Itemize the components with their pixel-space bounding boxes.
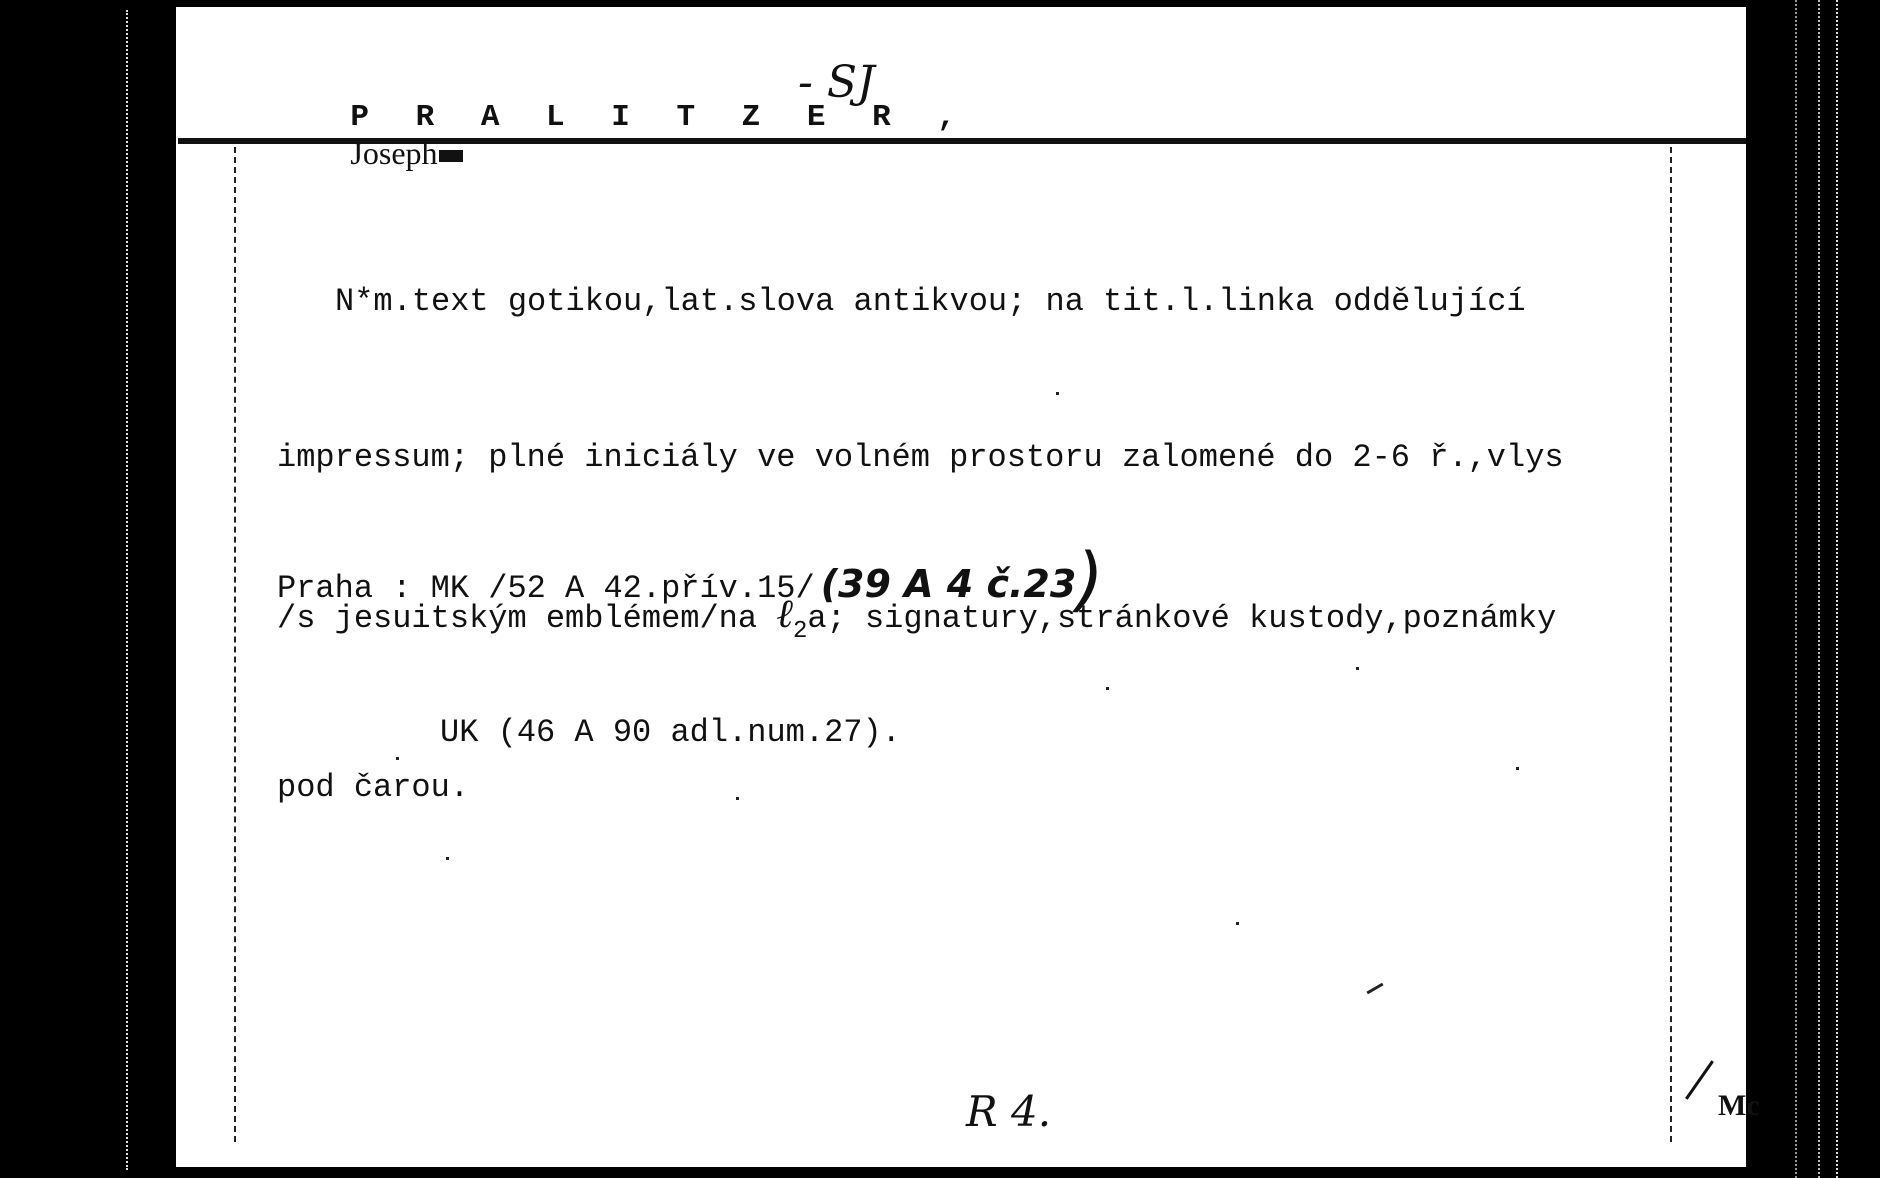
- holding-row-mk: Praha : MK /52 A 42.přív.15/(39 A 4 č.23…: [277, 549, 1104, 629]
- handwritten-footer-mark: R 4.: [966, 1087, 1051, 1136]
- scan-speck: [1366, 983, 1383, 995]
- handwritten-order-suffix: - SJ: [798, 57, 875, 108]
- holdings-city-label: Praha :: [277, 570, 411, 607]
- scan-speck: [736, 797, 739, 800]
- catalog-card: P R A L I T Z E R , Joseph - SJ N*m.text…: [176, 7, 1746, 1167]
- scan-artifact-line-right-1: [1795, 0, 1797, 1178]
- handwritten-close-paren: ): [1076, 538, 1103, 620]
- scan-speck: [1056, 392, 1059, 395]
- author-surname: P R A L I T Z E R ,: [350, 100, 969, 135]
- header-divider: [178, 138, 1746, 144]
- scan-artifact-line-right-3: [1836, 0, 1838, 1178]
- holding-mk-shelfmark: MK /52 A 42.přív.15/: [431, 570, 815, 607]
- scan-artifact-line-right-2: [1818, 0, 1820, 1178]
- scan-speck: [1516, 767, 1519, 770]
- corner-text: Mc: [1718, 1089, 1760, 1123]
- description-line-1: N*m.text gotikou,lat.slova antikvou; na …: [277, 276, 1564, 328]
- left-margin-line: [234, 147, 236, 1142]
- scan-speck: [446, 857, 449, 860]
- scan-speck: [396, 757, 399, 760]
- scan-speck: [1356, 667, 1359, 670]
- holdings-section: Praha : MK /52 A 42.přív.15/(39 A 4 č.23…: [277, 475, 1104, 857]
- scan-speck: [1106, 687, 1109, 690]
- scan-artifact-line-left: [126, 10, 128, 1170]
- strikeout-mark: [439, 150, 463, 162]
- holding-row-uk: UK (46 A 90 adl.num.27).: [277, 703, 1104, 783]
- right-margin-line: [1670, 147, 1672, 1142]
- handwritten-shelfmark-note: (39 A 4 č.23: [821, 562, 1077, 606]
- scan-speck: [1236, 922, 1239, 925]
- corner-check-mark: [1685, 1060, 1714, 1099]
